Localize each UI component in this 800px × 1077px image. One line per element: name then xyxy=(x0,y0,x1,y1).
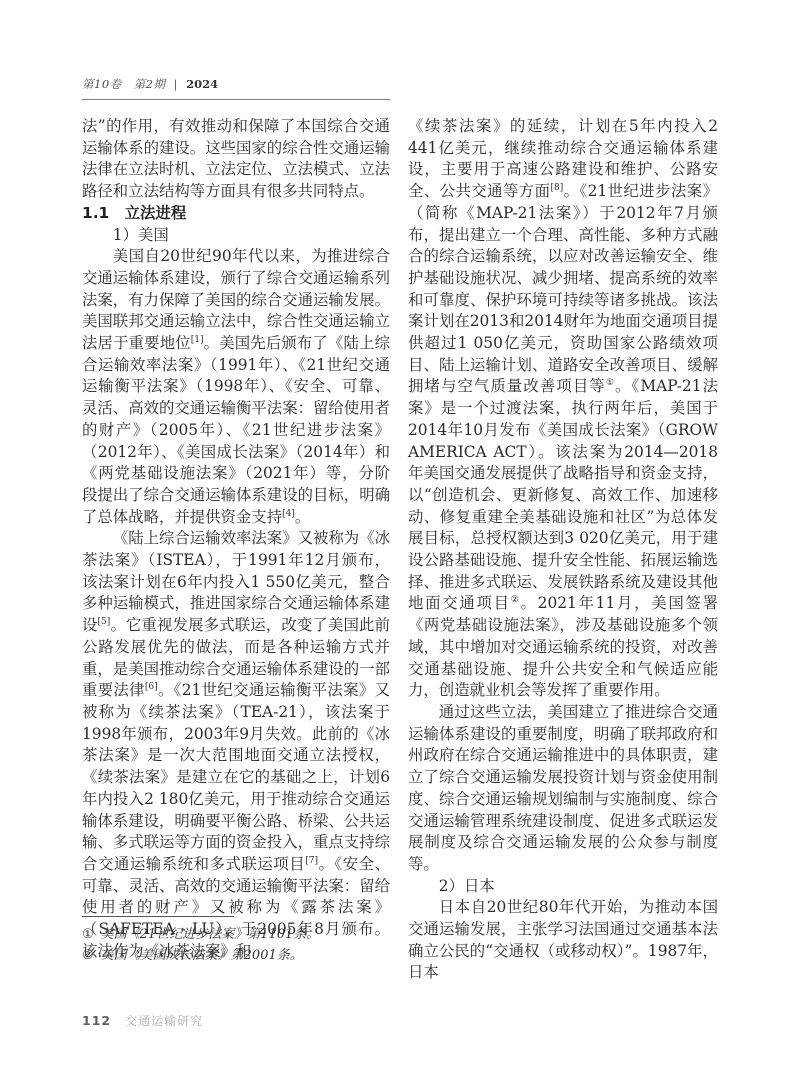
citation-marker: [5] xyxy=(98,617,111,627)
section-heading: 1.1 立法进程 xyxy=(82,203,390,225)
footnote-item: ②美国《美国成长法案》第2001条。 xyxy=(82,945,390,966)
citation-marker: ② xyxy=(511,595,521,605)
paragraph: 法”的作用，有效推动和保障了本国综合交通运输体系的建设。这些国家的综合性交通运输… xyxy=(82,116,390,203)
journal-name: 交通运输研究 xyxy=(125,1014,203,1028)
paragraph: 《续茶法案》的延续，计划在5年内投入2 441亿美元，继续推动综合交通运输体系建… xyxy=(408,116,718,702)
footnote-marker: ② xyxy=(82,948,94,963)
footnote-marker: ① xyxy=(82,927,94,942)
paragraph: 美国自20世纪90年代以来，为推进综合交通运输体系建设，颁行了综合交通运输系列法… xyxy=(82,246,390,528)
right-column: 《续茶法案》的延续，计划在5年内投入2 441亿美元，继续推动综合交通运输体系建… xyxy=(408,116,718,984)
citation-marker: ① xyxy=(606,378,615,388)
paragraph: 2）日本 xyxy=(408,876,718,898)
page-number: 112 xyxy=(82,1013,111,1028)
citation-marker: [1] xyxy=(191,335,204,345)
header-rule xyxy=(82,99,390,100)
header-separator: | xyxy=(174,77,178,91)
footnote-item: ①美国《21世纪进步法案》第1101条。 xyxy=(82,924,390,945)
citation-marker: [7] xyxy=(305,856,318,866)
header-year: 2024 xyxy=(186,77,218,91)
paragraph: 1）美国 xyxy=(82,225,390,247)
footnotes: ①美国《21世纪进步法案》第1101条。②美国《美国成长法案》第2001条。 xyxy=(82,916,390,966)
paragraph: 通过这些立法，美国建立了推进综合交通运输体系建设的重要制度，明确了联邦政府和州政… xyxy=(408,702,718,876)
volume-issue-label: 第10卷 第2期 xyxy=(82,77,165,91)
paragraph: 日本自20世纪80年代开始，为推动本国交通运输发展，主张学习法国通过交通基本法确… xyxy=(408,897,718,984)
footnotes-list: ①美国《21世纪进步法案》第1101条。②美国《美国成长法案》第2001条。 xyxy=(82,924,390,966)
journal-header: 第10卷 第2期 | 2024 xyxy=(82,76,390,92)
citation-marker: [8] xyxy=(550,183,563,193)
page-footer: 112 交通运输研究 xyxy=(82,1012,203,1029)
footnote-text: 美国《21世纪进步法案》第1101条。 xyxy=(101,927,320,942)
left-column: 法”的作用，有效推动和保障了本国综合交通运输体系的建设。这些国家的综合性交通运输… xyxy=(82,116,390,962)
citation-marker: [4] xyxy=(282,509,295,519)
citation-marker: [6] xyxy=(145,682,158,692)
footnote-text: 美国《美国成长法案》第2001条。 xyxy=(101,948,303,963)
footnote-rule xyxy=(82,916,234,917)
paragraph: 《陆上综合运输效率法案》又被称为《冰茶法案》（ISTEA），于1991年12月颁… xyxy=(82,528,390,962)
